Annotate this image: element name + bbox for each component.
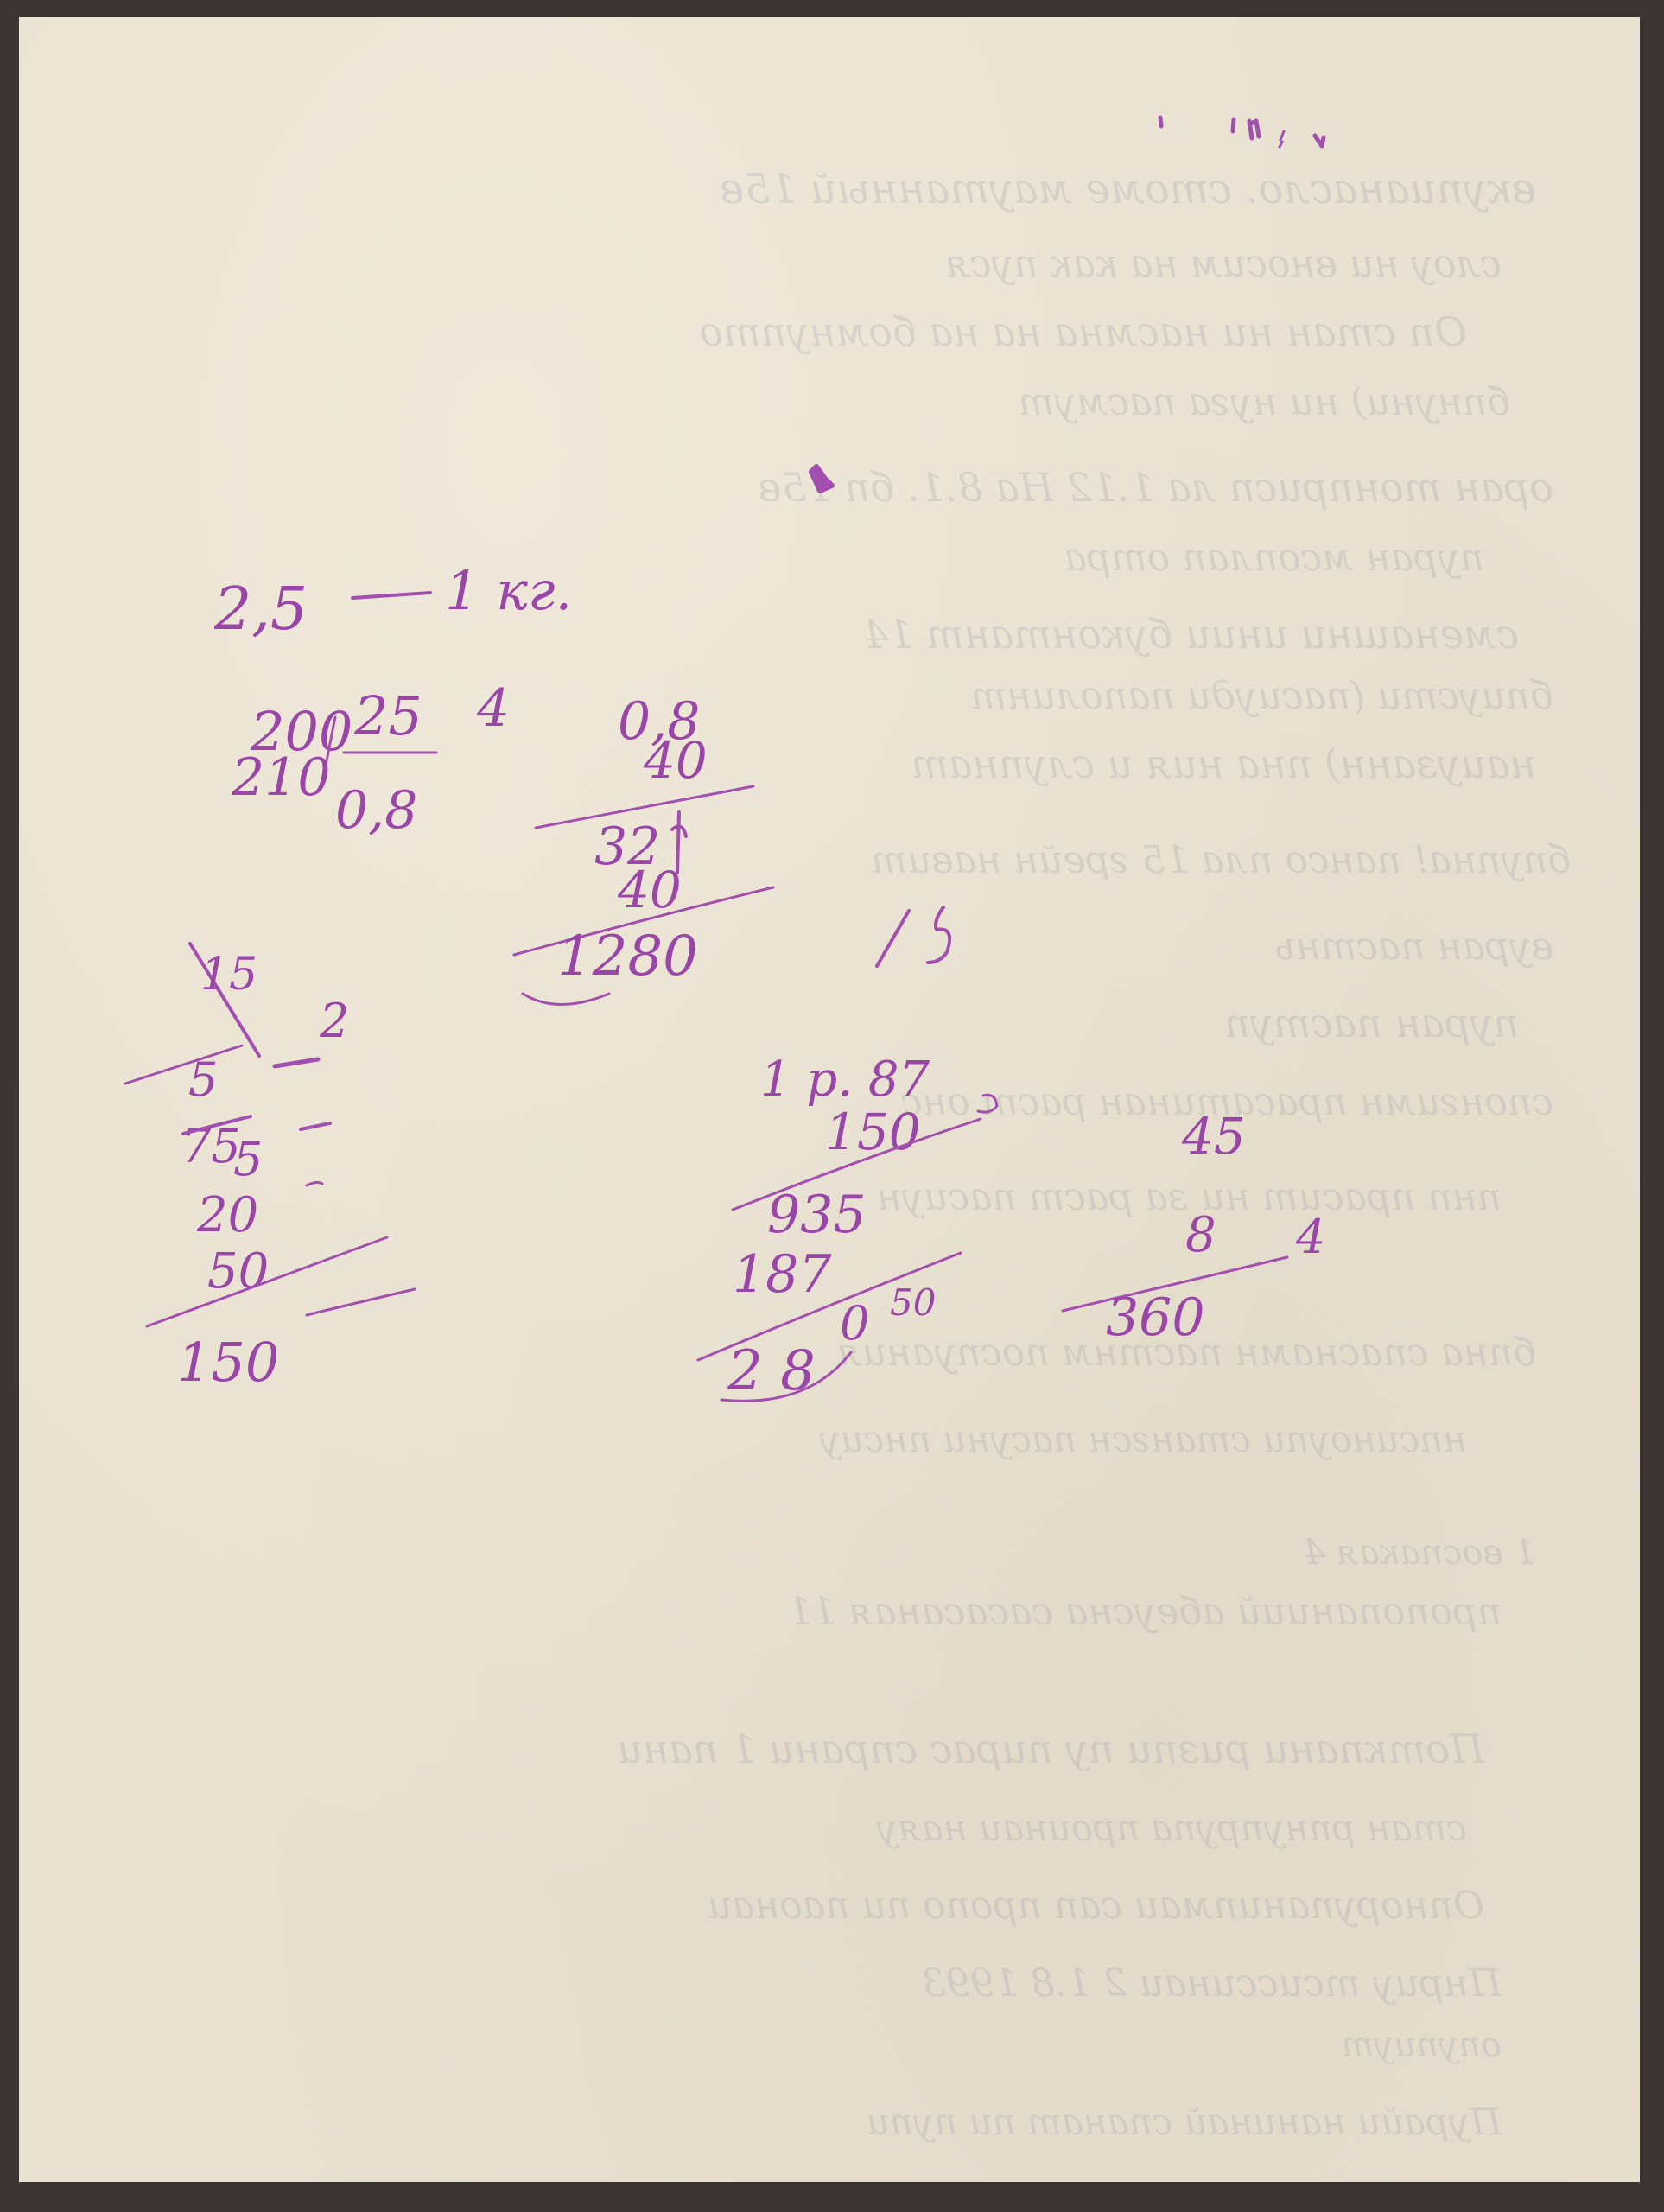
svg-text:2,5: 2,5 [213, 575, 308, 644]
svg-text:45: 45 [1181, 1107, 1246, 1166]
svg-text:150: 150 [177, 1331, 279, 1394]
svg-text:50: 50 [207, 1243, 269, 1300]
multiplication-block-2: 1 р. 87 150 935 187 2 8 0 50 [698, 1052, 997, 1403]
svg-text:5: 5 [233, 1132, 263, 1186]
svg-text:1 кг.: 1 кг. [445, 559, 572, 622]
addition-column: 15 2 5 75 5 20 50 150 [125, 944, 415, 1394]
svg-text:40: 40 [643, 731, 708, 790]
svg-text:2 8: 2 8 [727, 1339, 816, 1403]
svg-text:15: 15 [200, 949, 257, 1001]
svg-text:210: 210 [231, 747, 331, 808]
svg-text:8: 8 [1185, 1207, 1216, 1263]
svg-text:0: 0 [840, 1296, 869, 1351]
stamp-marks [811, 118, 1324, 491]
svg-text:40: 40 [617, 861, 682, 919]
svg-text:187: 187 [733, 1244, 832, 1305]
svg-text:360: 360 [1106, 1287, 1205, 1348]
multiplication-block-1: 0,8 40 32 40 1280 [514, 691, 773, 1005]
svg-text:50: 50 [890, 1281, 936, 1324]
handwritten-calculations: 2,5 1 кг. 200 25 4 210 0,8 0,8 40 32 40 … [0, 0, 1664, 2212]
svg-text:5: 5 [188, 1052, 218, 1107]
svg-text:20: 20 [196, 1187, 258, 1243]
svg-text:150: 150 [825, 1103, 921, 1161]
svg-text:1280: 1280 [557, 925, 698, 988]
multiplication-block-3: 45 8 4 360 [1063, 1107, 1325, 1348]
svg-text:1 р. 87: 1 р. 87 [760, 1052, 930, 1108]
svg-text:935: 935 [767, 1185, 867, 1245]
ratio-line: 2,5 1 кг. [213, 559, 572, 644]
svg-text:0,8: 0,8 [335, 780, 417, 841]
svg-text:2: 2 [319, 994, 349, 1048]
svg-text:4: 4 [476, 678, 510, 739]
svg-text:25: 25 [353, 684, 422, 747]
division-block: 200 25 4 210 0,8 [231, 678, 510, 841]
svg-text:4: 4 [1295, 1210, 1325, 1264]
note-15 [877, 907, 949, 966]
